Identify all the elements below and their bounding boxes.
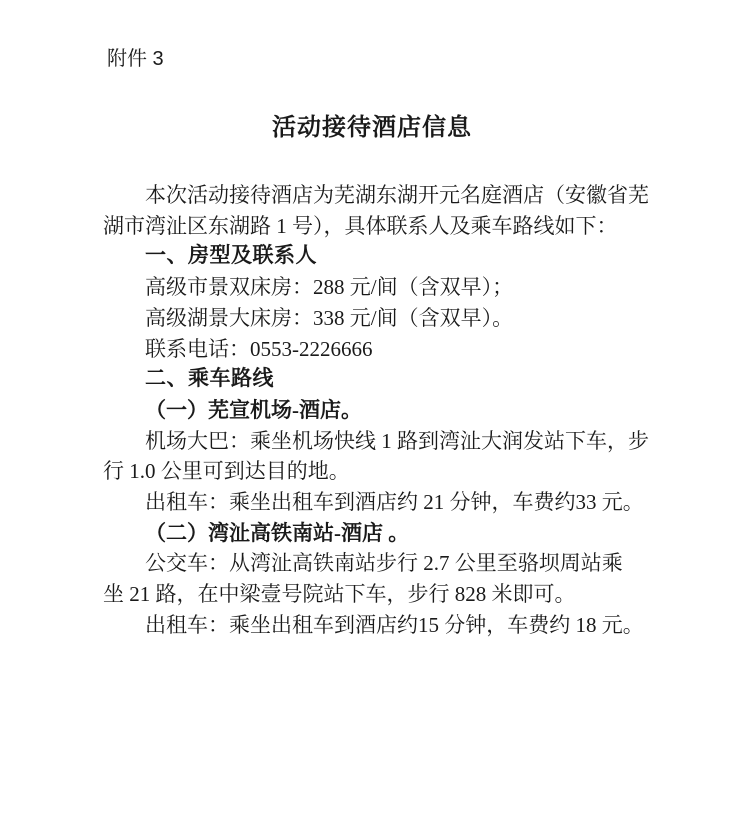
station-taxi-line: 出租车：乘坐出租车到酒店约15 分钟，车费约 18 元。 [103,610,648,641]
station-route-heading: （二）湾沚高铁南站-酒店 。 [103,518,648,549]
airport-route-heading: （一）芜宣机场-酒店。 [103,395,648,426]
intro-line-2: 湖市湾沚区东湖路 1 号），具体联系人及乘车路线如下： [103,211,648,242]
airport-shuttle-line-1: 机场大巴：乘坐机场快线 1 路到湾沚大润发站下车，步 [103,426,648,457]
intro-line-1: 本次活动接待酒店为芜湖东湖开元名庭酒店（安徽省芜 [103,180,648,211]
rooms-section-heading: 一、房型及联系人 [103,241,648,272]
routes-section-heading: 二、乘车路线 [103,364,648,395]
airport-shuttle-line-2: 行 1.0 公里可到达目的地。 [103,456,648,487]
room-lake-king-line: 高级湖景大床房：338 元/间（含双早）。 [103,303,648,334]
station-bus-line-1: 公交车：从湾沚高铁南站步行 2.7 公里至骆坝周站乘 [103,548,648,579]
attachment-label: 附件 3 [0,0,744,72]
contact-phone-line: 联系电话：0553-2226666 [103,334,648,365]
document-title: 活动接待酒店信息 [0,112,744,144]
airport-taxi-line: 出租车：乘坐出租车到酒店约 21 分钟，车费约33 元。 [103,487,648,518]
document-page: 附件 3 活动接待酒店信息 本次活动接待酒店为芜湖东湖开元名庭酒店（安徽省芜 湖… [0,0,744,825]
station-bus-line-2: 坐 21 路，在中梁壹号院站下车，步行 828 米即可。 [103,579,648,610]
document-body: 本次活动接待酒店为芜湖东湖开元名庭酒店（安徽省芜 湖市湾沚区东湖路 1 号），具… [0,180,744,641]
room-city-twin-line: 高级市景双床房：288 元/间（含双早）； [103,272,648,303]
